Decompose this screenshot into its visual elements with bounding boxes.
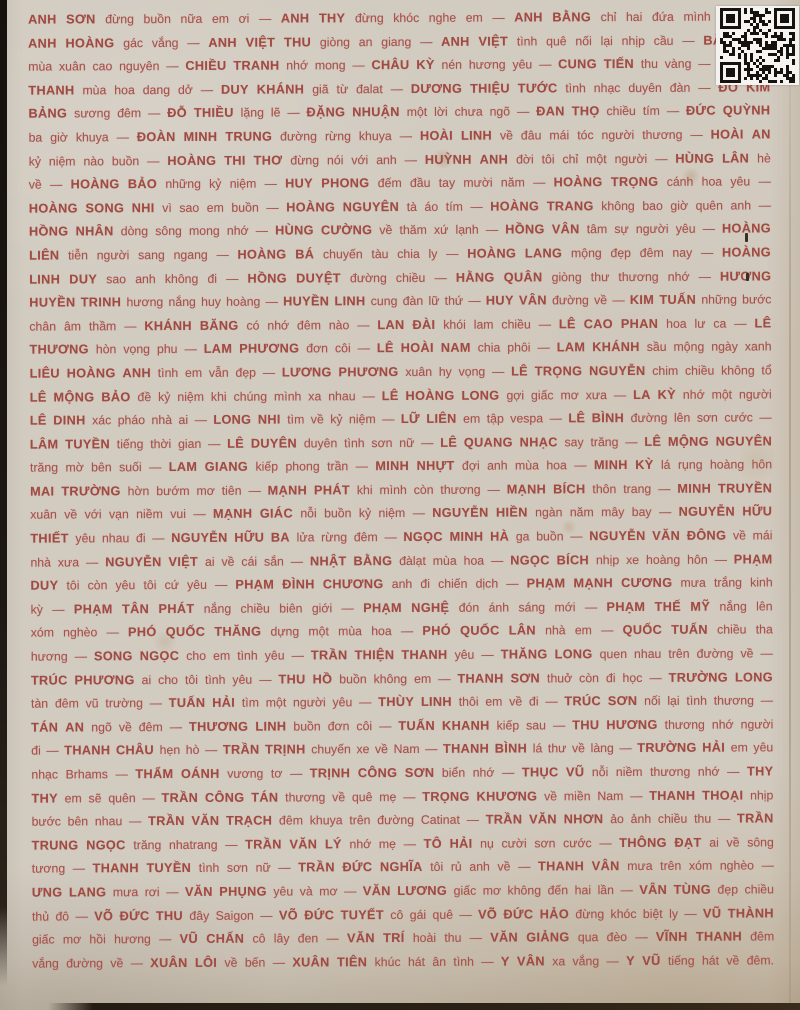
catalog-line: HỒNG NHÂN dòng sông mong nhớ — HÙNG CƯỜN… bbox=[29, 218, 771, 245]
catalog-line: TRÚC PHƯƠNG ai cho tôi tình yêu — THU HỒ… bbox=[31, 666, 773, 693]
catalog-line: xuân về với vạn niềm vui — MẠNH GIÁC nỗi… bbox=[30, 501, 772, 528]
catalog-line: thủ đô — VÕ ĐỨC THU đây Saigon — VÕ ĐỨC … bbox=[32, 902, 774, 929]
qr-code bbox=[716, 6, 799, 85]
catalog-line: HUYỀN TRINH hương nắng huy hoàng — HUYỀN… bbox=[29, 289, 771, 316]
catalog-line: nhạc Brhams — THẨM OÁNH vương tơ — TRỊNH… bbox=[31, 760, 773, 787]
catalog-line: mùa xuân cao nguyên — CHIỀU TRANH nhớ mo… bbox=[28, 53, 770, 80]
catalog-line: ANH SƠN đừng buồn nữa em ơi — ANH THY đừ… bbox=[28, 5, 770, 32]
catalog-line: giấc mơ hồi hương — VŨ CHẤN cô lây đen —… bbox=[32, 926, 774, 953]
catalog-line: BẢNG sương đêm — ĐỖ THIỀU lặng lẽ — ĐẶNG… bbox=[28, 100, 770, 127]
catalog-line: xóm nghèo — PHÓ QUỐC THĂNG dựng một mùa … bbox=[31, 619, 773, 646]
catalog-line: THANH mùa hoa dang dở — DUY KHÁNH giã từ… bbox=[28, 76, 770, 103]
catalog-line: bước bên nhau — TRẦN VĂN TRẠCH đêm khuya… bbox=[32, 808, 774, 835]
catalog-line: LINH DUY sao anh không đi — HỒNG DUYỆT đ… bbox=[29, 265, 771, 292]
catalog-line: MAI TRƯỜNG hờn bướm mơ tiên — MẠNH PHÁT … bbox=[30, 477, 772, 504]
catalog-line: nhà xưa — NGUYỄN VIỆT ai về cái sắn — NH… bbox=[30, 548, 772, 575]
ink-mark bbox=[745, 233, 748, 242]
catalog-line: tương — THANH TUYỀN tình sơn nữ — TRẦN Đ… bbox=[32, 855, 774, 882]
paper-crease bbox=[789, 0, 791, 1010]
scan-edge-left bbox=[0, 0, 7, 986]
catalog-line: DUY tôi còn yêu tôi cứ yêu — PHẠM ĐÌNH C… bbox=[30, 572, 772, 599]
catalog-line: trăng mờ bên suối — LAM GIANG kiếp phong… bbox=[30, 454, 772, 481]
catalog-line: THƯƠNG hòn vọng phu — LAM PHƯƠNG đơn côi… bbox=[29, 336, 771, 363]
catalog-line: ba giờ khuya — ĐOÀN MINH TRUNG đường rừn… bbox=[29, 123, 771, 150]
scan-edge-bottom bbox=[48, 1003, 800, 1010]
catalog-line: kỳ — PHẠM TÂN PHÁT nắng chiều biên giới … bbox=[31, 595, 773, 622]
catalog-line: đi — THANH CHÂU hẹn hò — TRẦN TRỊNH chuy… bbox=[31, 737, 773, 764]
catalog-line: HOÀNG SONG NHI vì sao em buồn — HOÀNG NG… bbox=[29, 194, 771, 221]
catalog-line: vắng đường về — XUÂN LÔI về bến — XUÂN T… bbox=[32, 949, 774, 976]
catalog-line: TÁN AN ngõ về đêm — THƯƠNG LINH buồn đơn… bbox=[31, 713, 773, 740]
catalog-line: LÊ DINH xác pháo nhà ai — LONG NHI tìm v… bbox=[30, 406, 772, 433]
song-catalog: ANH SƠN đừng buồn nữa em ơi — ANH THY đừ… bbox=[28, 5, 774, 976]
catalog-line: hương — SONG NGỌC cho em tình yêu — TRẦN… bbox=[31, 642, 773, 669]
catalog-line: TRUNG NGỌC trăng nhatrang — TRẦN VĂN LÝ … bbox=[32, 831, 774, 858]
catalog-line: LIÊN tiễn người sang ngang — HOÀNG BÁ ch… bbox=[29, 241, 771, 268]
catalog-line: tàn đêm vũ trường — TUẤN HẢI tìm một ngư… bbox=[31, 690, 773, 717]
catalog-line: LIÊU HOÀNG ANH tình em vẫn đẹp — LƯƠNG P… bbox=[30, 359, 772, 386]
catalog-line: ANH HOÀNG gác vắng — ANH VIỆT THU giòng … bbox=[28, 29, 770, 56]
catalog-line: chân âm thầm — KHÁNH BĂNG có nhớ đêm nào… bbox=[29, 312, 771, 339]
catalog-line: ƯNG LANG mưa rơi — VĂN PHỤNG yêu và mơ —… bbox=[32, 878, 774, 905]
catalog-line: về — HOÀNG BẢO những kỷ niệm — HUY PHONG… bbox=[29, 171, 771, 198]
ink-mark bbox=[746, 273, 749, 281]
catalog-line: THIẾT yêu nhau đi — NGUYỄN HỮU BA lửa rừ… bbox=[30, 524, 772, 551]
catalog-line: kỷ niệm nào buồn — HOÀNG THI THƠ đừng nó… bbox=[29, 147, 771, 174]
catalog-line: LÊ MỘNG BẢO đề kỷ niệm khi chúng mình xa… bbox=[30, 383, 772, 410]
scanned-page: ANH SƠN đừng buồn nữa em ơi — ANH THY đừ… bbox=[0, 0, 800, 1010]
catalog-line: THY em sẽ quên — TRẦN CÔNG TÁN thương về… bbox=[31, 784, 773, 811]
catalog-line: LÂM TUYỀN tiếng thời gian — LÊ DUYÊN duy… bbox=[30, 430, 772, 457]
